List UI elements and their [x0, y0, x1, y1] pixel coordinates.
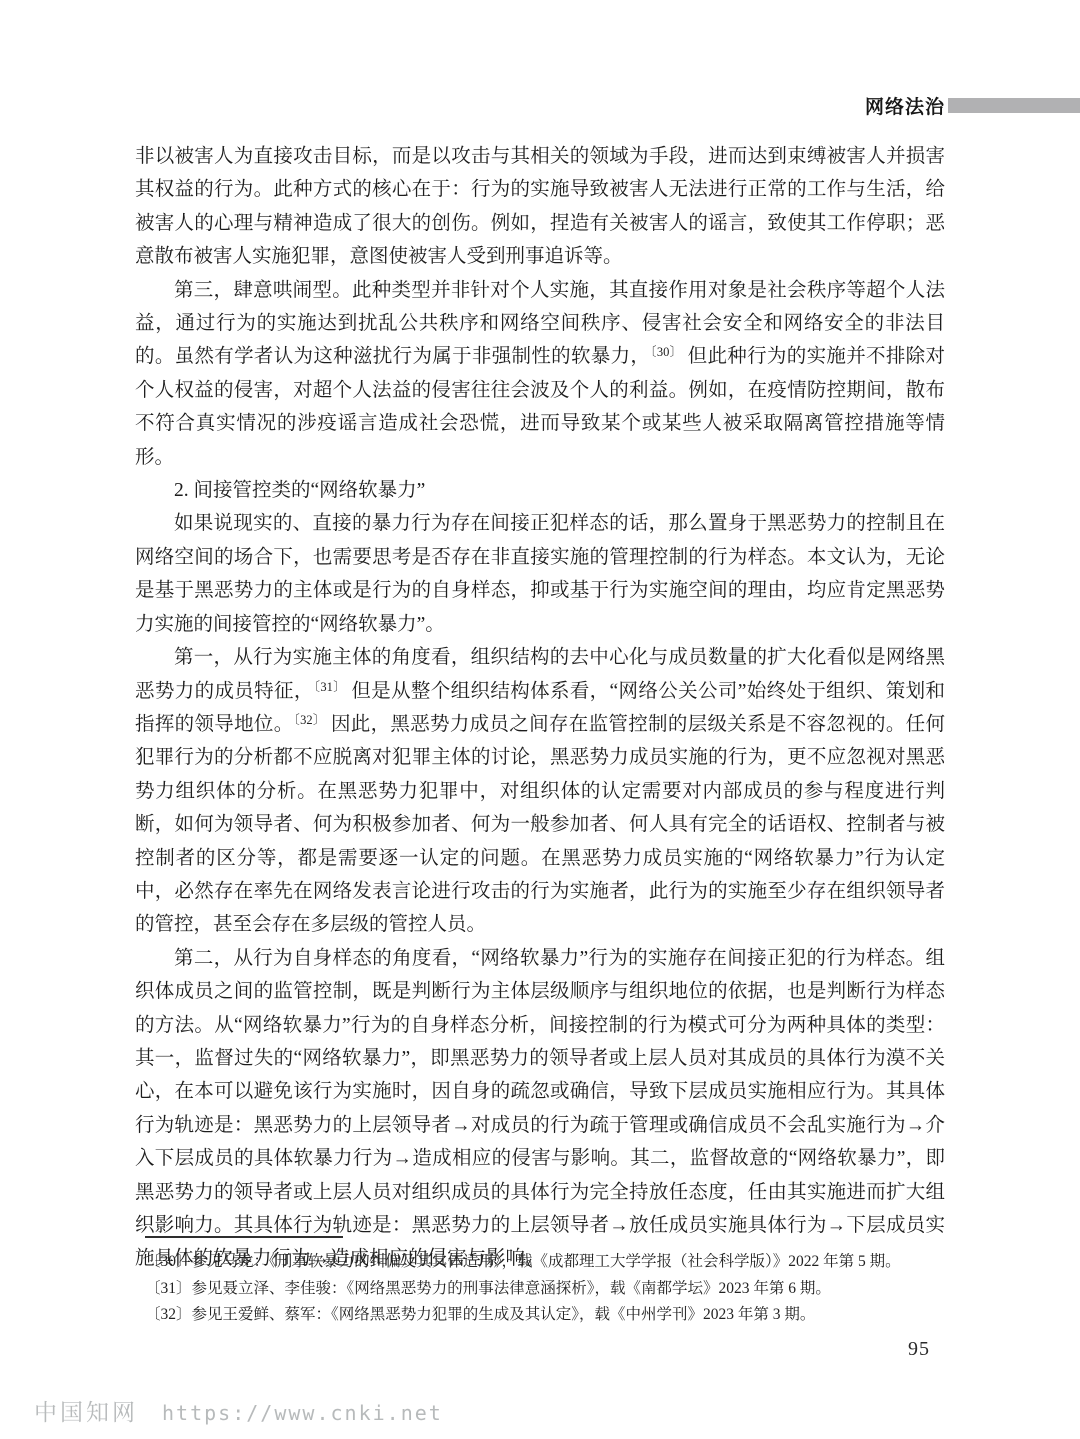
footnote-item: 〔32〕参见王爱鲜、蔡军：《网络黑恶势力犯罪的生成及其认定》，载《中州学刊》20… [145, 1302, 957, 1329]
watermark: 中国知网https://www.cnki.net [34, 1394, 443, 1427]
footnote-marker: 〔31〕 [145, 1276, 192, 1303]
body-paragraph: 非以被害人为直接攻击目标，而是以攻击与其相关的领域为手段，进而达到束缚被害人并损… [135, 140, 945, 274]
watermark-url: https://www.cnki.net [162, 1401, 443, 1425]
footnote-marker: 〔32〕 [145, 1302, 192, 1329]
footnote-reference: 〔31〕 [314, 680, 346, 694]
body-paragraph: 第三，肆意哄闹型。此种类型并非针对个人实施，其直接作用对象是社会秩序等超个人法益… [135, 274, 945, 474]
footnote-reference: 〔30〕 [650, 345, 682, 359]
footnote-text: 参见王爱鲜、蔡军：《网络黑恶势力犯罪的生成及其认定》，载《中州学刊》2023 年… [192, 1302, 957, 1329]
section-label: 网络法治 [865, 92, 945, 119]
section-heading: 2. 间接管控类的“网络软暴力” [135, 474, 945, 507]
footnote-separator [145, 1236, 343, 1238]
footnote-marker: 〔30〕 [145, 1249, 192, 1276]
header-bar [948, 98, 1080, 113]
footnote-item: 〔31〕参见聂立泽、李佳骏：《网络黑恶势力的刑事法律意涵探析》，载《南都学坛》2… [145, 1276, 957, 1303]
article-body: 非以被害人为直接攻击目标，而是以攻击与其相关的领域为手段，进而达到束缚被害人并损… [135, 140, 945, 1276]
watermark-site-name: 中国知网 [34, 1400, 138, 1425]
body-paragraph: 第二，从行为自身样态的角度看，“网络软暴力”行为的实施存在间接正犯的行为样态。组… [135, 942, 945, 1276]
footnote-reference: 〔32〕 [294, 713, 326, 727]
page-number: 95 [908, 1338, 930, 1361]
footnote-text: 参见聂立泽、李佳骏：《网络黑恶势力的刑事法律意涵探析》，载《南都学坛》2023 … [192, 1276, 957, 1303]
footnotes: 〔30〕参见马龙：《刑事软暴力的纠偏及其具体适用》，载《成都理工大学学报（社会科… [145, 1249, 957, 1329]
body-paragraph: 如果说现实的、直接的暴力行为存在间接正犯样态的话，那么置身于黑恶势力的控制且在网… [135, 507, 945, 641]
footnote-text: 参见马龙：《刑事软暴力的纠偏及其具体适用》，载《成都理工大学学报（社会科学版）》… [192, 1249, 957, 1276]
document-page: 网络法治 非以被害人为直接攻击目标，而是以攻击与其相关的领域为手段，进而达到束缚… [0, 0, 1080, 1439]
body-paragraph: 第一，从行为实施主体的角度看，组织结构的去中心化与成员数量的扩大化看似是网络黑恶… [135, 641, 945, 942]
footnote-item: 〔30〕参见马龙：《刑事软暴力的纠偏及其具体适用》，载《成都理工大学学报（社会科… [145, 1249, 957, 1276]
